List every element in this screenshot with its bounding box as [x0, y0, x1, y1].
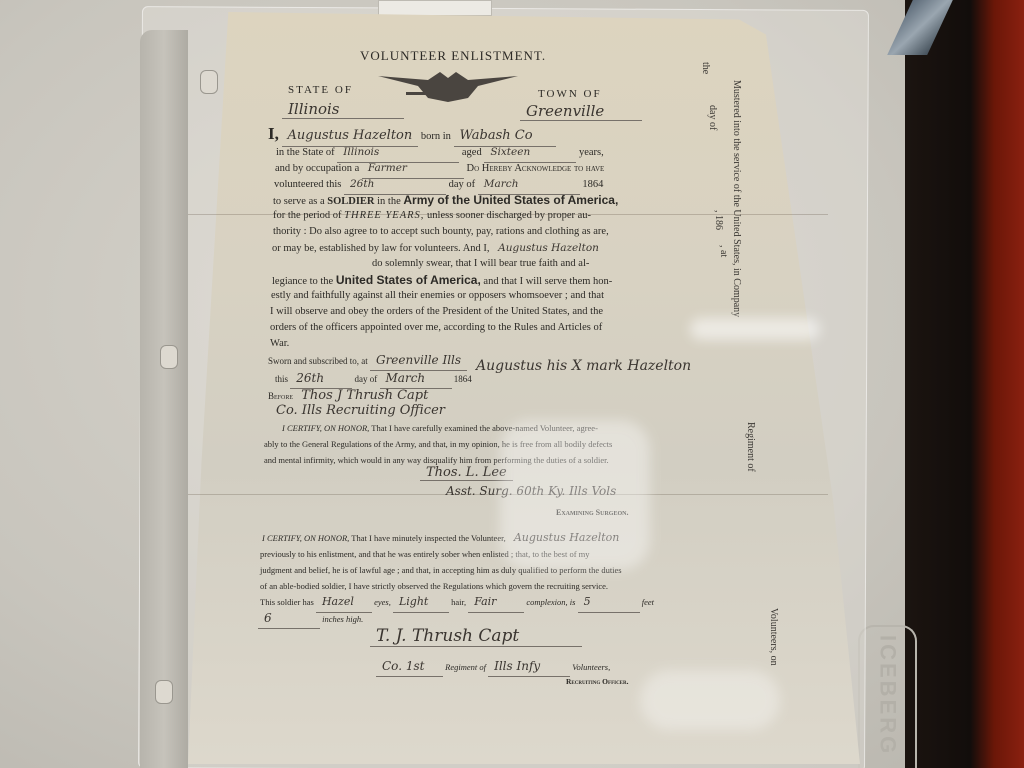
punch-hole — [200, 70, 218, 94]
state-value: Illinois — [282, 100, 404, 119]
town-value: Greenville — [520, 102, 642, 121]
glare — [690, 318, 820, 340]
margin-regiment-of: Regiment of — [745, 422, 756, 472]
sworn-officer-title: Co. Ills Recruiting Officer — [270, 403, 451, 418]
service-period: THREE YEARS, — [344, 210, 424, 221]
hair-color-value: Light — [393, 592, 449, 613]
height-feet-value: 5 — [578, 592, 640, 613]
town-label: TOWN OF — [538, 88, 602, 100]
recruiter-signature: T. J. Thrush Capt — [370, 626, 582, 647]
document-title: VOLUNTEER ENLISTMENT. — [360, 48, 546, 64]
enlist-year-value: 1864 — [582, 179, 603, 190]
punch-hole — [155, 680, 173, 704]
sleeve-label-tab — [378, 0, 492, 16]
enlistee-signature: Augustus his X mark Hazelton — [470, 358, 697, 374]
regiment-state-value: Ills Infy — [488, 656, 570, 677]
state-label: STATE OF — [288, 84, 353, 96]
sleeve-binder-strip — [140, 30, 188, 768]
glare — [640, 670, 780, 730]
recruiting-officer-label: Recruiting Officer. — [566, 677, 629, 686]
margin-volunteers-on: Volunteers, on — [768, 608, 779, 666]
dark-background — [905, 0, 1024, 768]
regiment-value: Co. 1st — [376, 656, 443, 677]
height-inches-value: 6 — [258, 608, 320, 629]
punch-hole — [160, 345, 178, 369]
eagle-emblem-icon — [378, 68, 518, 104]
surgeon-signature: Thos. L. Lee — [420, 465, 513, 481]
glare — [500, 420, 650, 570]
margin-mustered-text: Mustered into the service of the United … — [731, 80, 742, 317]
brand-emboss: ICEBERG — [858, 625, 917, 768]
complexion-value: Fair — [468, 592, 524, 613]
